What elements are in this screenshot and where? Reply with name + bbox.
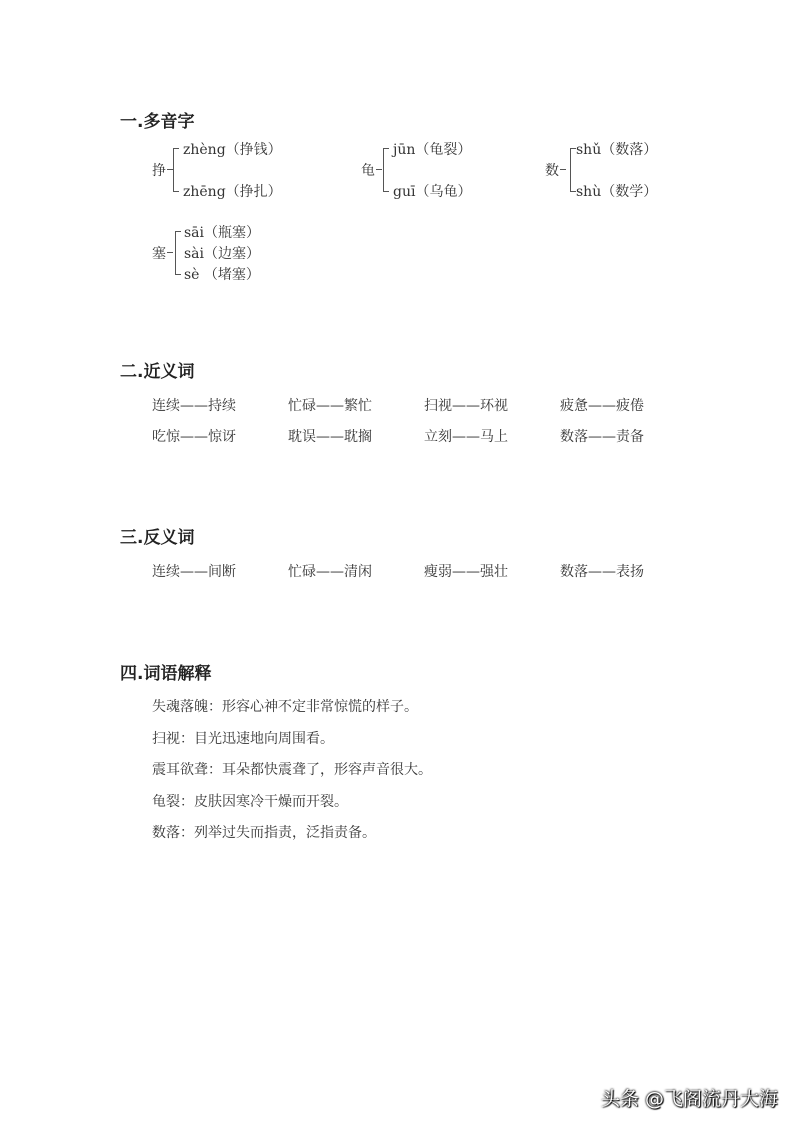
bracket-tick	[167, 252, 173, 253]
synonym-pair: 疲惫——疲倦	[560, 395, 644, 415]
reading: shǔ（数落）	[576, 139, 657, 159]
bracket-tick	[376, 169, 382, 170]
reading: shù（数学）	[576, 181, 657, 201]
definition: 震耳欲聋：耳朵都快震聋了，形容声音很大。	[152, 759, 432, 779]
bracket	[175, 231, 181, 275]
polyphone-char: 数	[545, 160, 559, 180]
definition: 龟裂：皮肤因寒冷干燥而开裂。	[152, 791, 348, 811]
reading: sè （堵塞）	[184, 264, 260, 284]
polyphone-char: 挣	[152, 160, 166, 180]
antonym-pair: 数落——表扬	[560, 561, 644, 581]
bracket	[383, 148, 389, 192]
antonym-pair: 瘦弱——强壮	[424, 561, 508, 581]
reading: guī（乌龟）	[393, 181, 471, 201]
antonym-pair: 忙碌——清闲	[288, 561, 372, 581]
section-title-definitions: 四.词语解释	[120, 659, 211, 684]
section-title-antonyms: 三.反义词	[120, 523, 194, 548]
synonym-pair: 耽误——耽搁	[288, 426, 372, 446]
reading: sài（边塞）	[184, 243, 260, 263]
section-title-polyphones: 一.多音字	[120, 107, 194, 132]
reading: zhèng（挣钱）	[183, 139, 282, 159]
definition: 失魂落魄：形容心神不定非常惊慌的样子。	[152, 696, 418, 716]
definition: 数落：列举过失而指责，泛指责备。	[152, 822, 376, 842]
synonym-pair: 数落——责备	[560, 426, 644, 446]
bracket	[173, 148, 179, 192]
reading: sāi（瓶塞）	[184, 222, 260, 242]
bracket-tick	[560, 169, 566, 170]
reading: jūn（龟裂）	[393, 139, 471, 159]
polyphone-char: 塞	[152, 243, 166, 263]
synonym-pair: 立刻——马上	[424, 426, 508, 446]
antonym-pair: 连续——间断	[152, 561, 236, 581]
synonym-pair: 连续——持续	[152, 395, 236, 415]
synonym-pair: 扫视——环视	[424, 395, 508, 415]
polyphone-char: 龟	[361, 160, 375, 180]
reading: zhēng（挣扎）	[183, 181, 282, 201]
synonym-pair: 忙碌——繁忙	[288, 395, 372, 415]
watermark: 头条 @飞阁流丹大海	[601, 1084, 778, 1111]
section-title-synonyms: 二.近义词	[120, 357, 194, 382]
synonym-pair: 吃惊——惊讶	[152, 426, 236, 446]
definition: 扫视：目光迅速地向周围看。	[152, 728, 334, 748]
